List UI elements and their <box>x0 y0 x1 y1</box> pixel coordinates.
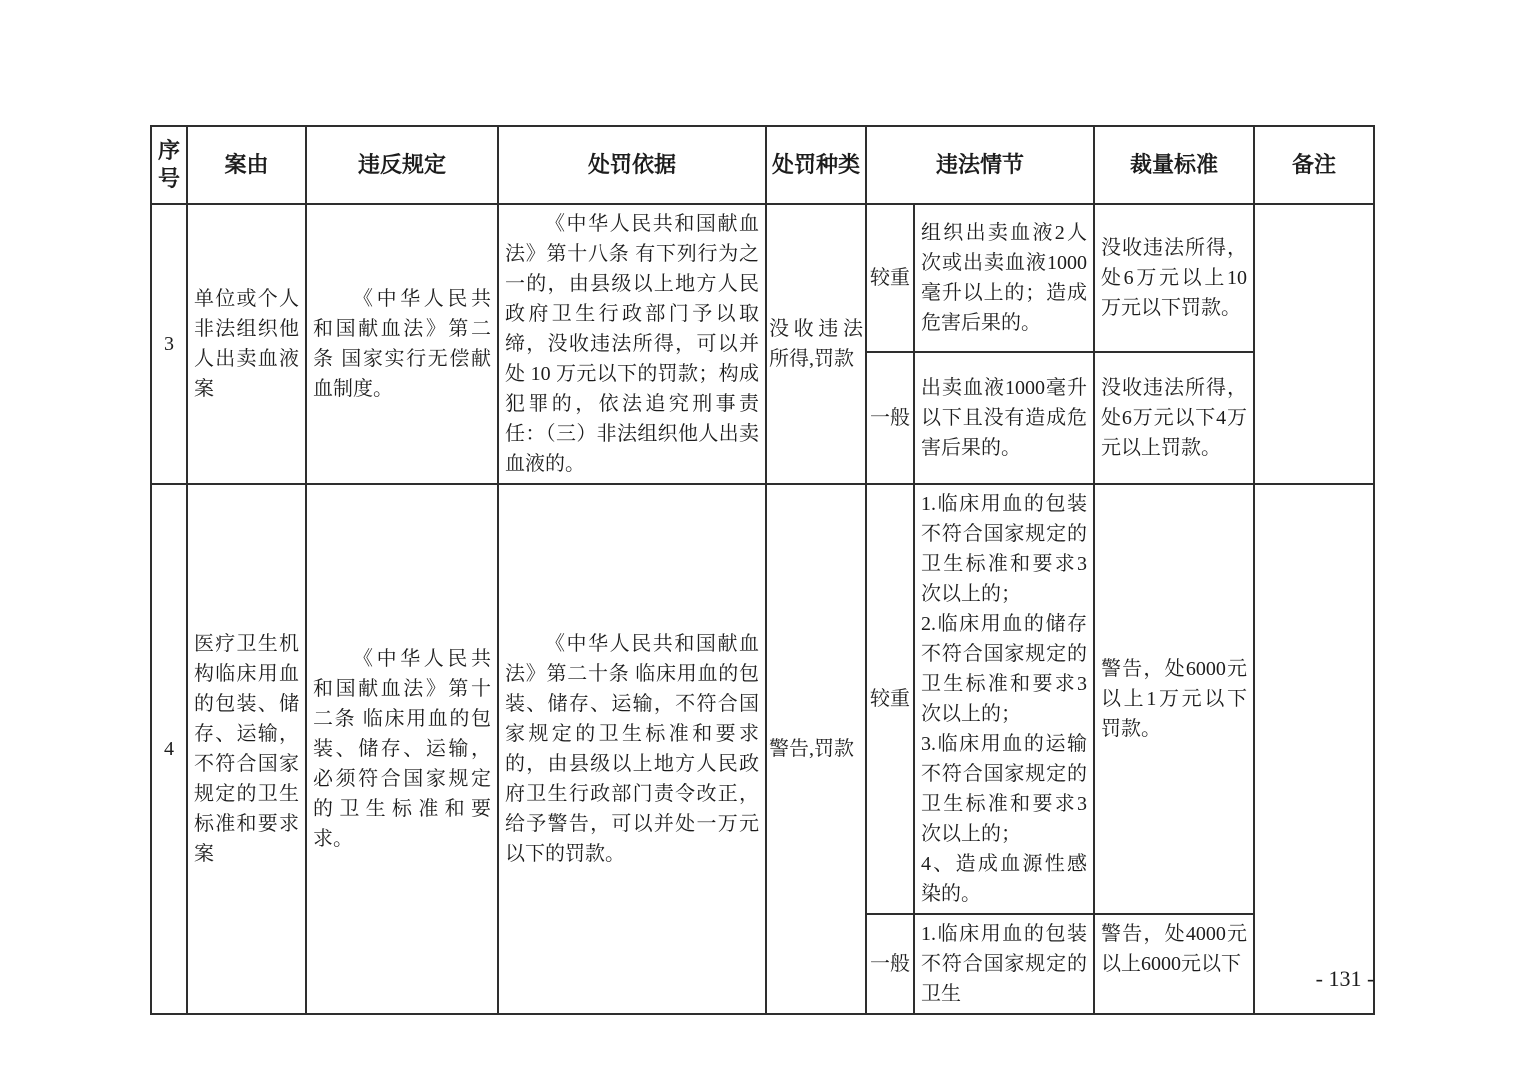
cell-penalty-basis-3: 《中华人民共和国献血法》第十八条 有下列行为之一的，由县级以上地方人民政府卫生行… <box>498 204 766 484</box>
cell-penalty-basis-4: 《中华人民共和国献血法》第二十条 临床用血的包装、储存、运输，不符合国家规定的卫… <box>498 484 766 1014</box>
table-row: 3 单位或个人非法组织他人出卖血液案 《中华人民共和国献血法》第二条 国家实行无… <box>151 204 1374 352</box>
header-standard: 裁量标准 <box>1094 126 1254 204</box>
header-index: 序号 <box>151 126 187 204</box>
cell-index-4: 4 <box>151 484 187 1014</box>
cell-circumstance-3-general: 出卖血液1000毫升以下且没有造成危害后果的。 <box>914 352 1094 484</box>
cell-remark-3 <box>1254 204 1374 484</box>
header-penalty-type: 处罚种类 <box>766 126 866 204</box>
cell-standard-4-heavier: 警告，处6000元以上1万元以下罚款。 <box>1094 484 1254 914</box>
cell-index-3: 3 <box>151 204 187 484</box>
header-case: 案由 <box>187 126 306 204</box>
cell-penalty-type-4: 警告,罚款 <box>766 484 866 1014</box>
header-circumstance: 违法情节 <box>866 126 1094 204</box>
cell-case-3: 单位或个人非法组织他人出卖血液案 <box>187 204 306 484</box>
cell-regulation-3: 《中华人民共和国献血法》第二条 国家实行无偿献血制度。 <box>306 204 498 484</box>
cell-regulation-4: 《中华人民共和国献血法》第十二条 临床用血的包装、储存、运输，必须符合国家规定的… <box>306 484 498 1014</box>
table-header-row: 序号 案由 违反规定 处罚依据 处罚种类 违法情节 裁量标准 备注 <box>151 126 1374 204</box>
cell-remark-4 <box>1254 484 1374 1014</box>
cell-severity-3-general: 一般 <box>866 352 914 484</box>
cell-circumstance-4-general: 1.临床用血的包装不符合国家规定的卫生 <box>914 914 1094 1014</box>
cell-standard-3-general: 没收违法所得，处6万元以下4万元以上罚款。 <box>1094 352 1254 484</box>
cell-standard-3-heavier: 没收违法所得，处6万元以上10万元以下罚款。 <box>1094 204 1254 352</box>
page-number: - 131 - <box>1295 966 1395 992</box>
cell-standard-4-general: 警告，处4000元以上6000元以下 <box>1094 914 1254 1014</box>
cell-severity-4-heavier: 较重 <box>866 484 914 914</box>
document-page: 序号 案由 违反规定 处罚依据 处罚种类 违法情节 裁量标准 备注 3 单位或个… <box>0 0 1520 1074</box>
cell-circumstance-3-heavier: 组织出卖血液2人次或出卖血液1000毫升以上的；造成危害后果的。 <box>914 204 1094 352</box>
cell-circumstance-4-heavier: 1.临床用血的包装不符合国家规定的卫生标准和要求3次以上的； 2.临床用血的储存… <box>914 484 1094 914</box>
table-row: 4 医疗卫生机构临床用血的包装、储存、运输，不符合国家规定的卫生标准和要求案 《… <box>151 484 1374 914</box>
header-remark: 备注 <box>1254 126 1374 204</box>
header-regulation: 违反规定 <box>306 126 498 204</box>
cell-severity-3-heavier: 较重 <box>866 204 914 352</box>
cell-penalty-type-3: 没收违法所得,罚款 <box>766 204 866 484</box>
cell-severity-4-general: 一般 <box>866 914 914 1014</box>
header-penalty-basis: 处罚依据 <box>498 126 766 204</box>
cell-case-4: 医疗卫生机构临床用血的包装、储存、运输，不符合国家规定的卫生标准和要求案 <box>187 484 306 1014</box>
penalty-standards-table: 序号 案由 违反规定 处罚依据 处罚种类 违法情节 裁量标准 备注 3 单位或个… <box>150 125 1375 1015</box>
